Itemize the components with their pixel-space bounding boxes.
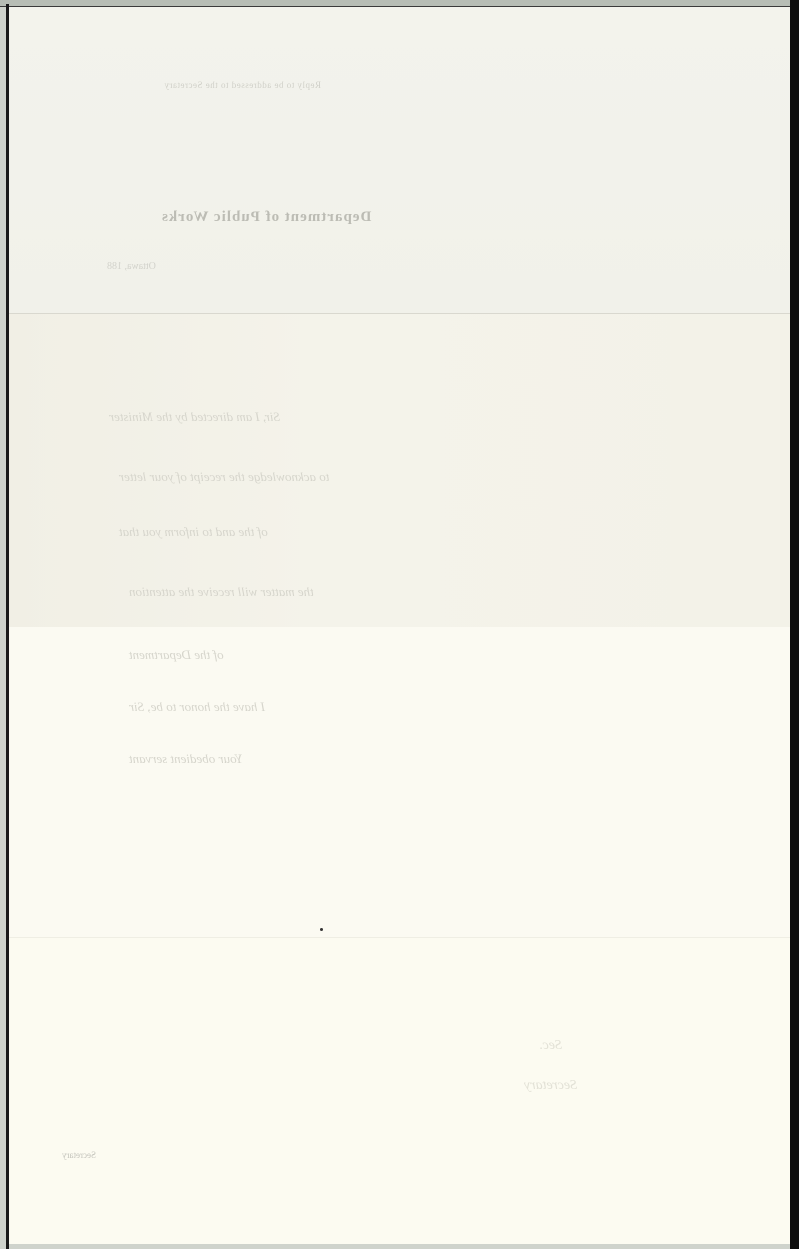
faint-body-line: I have the honor to be, Sir	[129, 699, 265, 715]
scan-top-edge	[0, 0, 799, 7]
ink-speck	[320, 928, 323, 931]
faint-signature-line2: Secretary	[524, 1078, 577, 1094]
faint-body-line: Sir, I am directed by the Minister	[109, 409, 280, 425]
faint-body-line: of the and to inform you that	[119, 524, 268, 540]
bleed-through-letterhead: Department of Public Works	[161, 209, 371, 226]
scan-right-edge	[790, 0, 799, 1249]
fold-panel-bottom: Sec. Secretary	[9, 937, 790, 1244]
faint-body-line: of the Department	[129, 647, 224, 663]
letter-page: Reply to be addressed to the Secretary D…	[9, 7, 790, 1244]
faint-body-line: Your obedient servant	[129, 751, 243, 767]
fold-panel-top: Reply to be addressed to the Secretary D…	[9, 7, 790, 313]
faint-body-line: to acknowledge the receipt of your lette…	[119, 469, 329, 485]
fold-panel-docket: Sir, I am directed by the Minister to ac…	[9, 313, 790, 629]
faint-body-line: the matter will receive the attention	[129, 584, 314, 600]
bleed-through-notice: Reply to be addressed to the Secretary	[164, 80, 321, 90]
bleed-through-dateline: Ottawa, 188	[107, 261, 156, 272]
bleed-through-stamp: Secretary	[62, 1150, 96, 1160]
faint-signature-line1: Sec.	[539, 1038, 562, 1054]
fold-panel-lower: of the Department I have the honor to be…	[9, 627, 790, 937]
